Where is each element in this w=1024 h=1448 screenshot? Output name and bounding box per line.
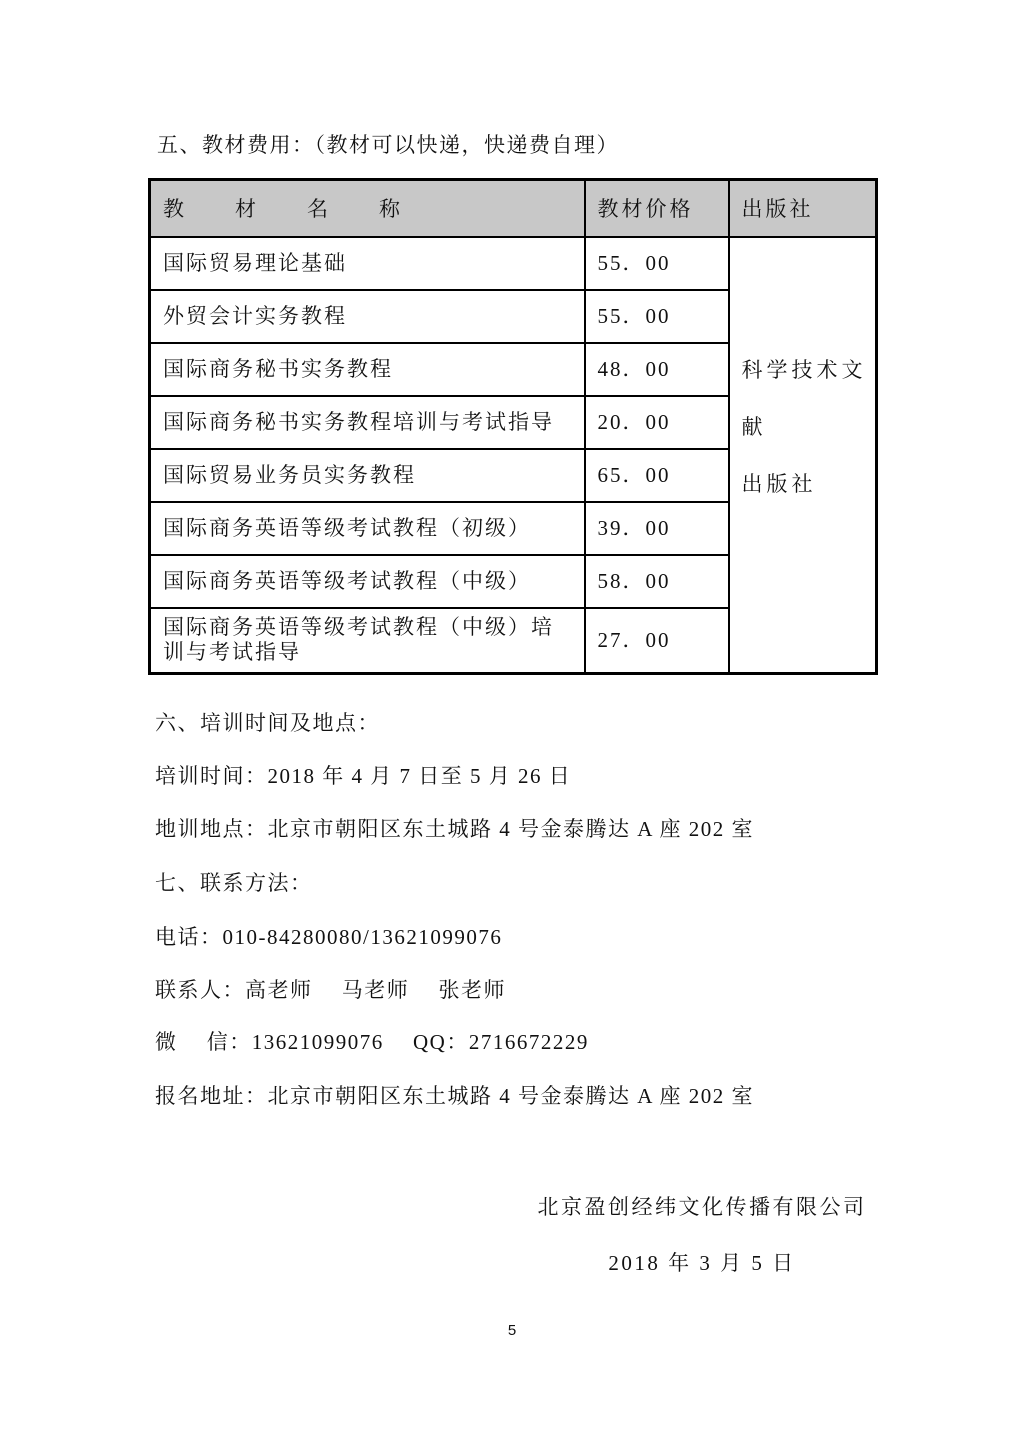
price-cell: 65．00 bbox=[585, 449, 729, 502]
textbook-name-cell: 国际商务英语等级考试教程（中级）培训与考试指导 bbox=[150, 608, 585, 674]
signature-company: 北京盈创经纬文化传播有限公司 bbox=[380, 1191, 1024, 1221]
textbook-name-cell: 国际商务英语等级考试教程（中级） bbox=[150, 555, 585, 608]
publisher-line: 献 bbox=[742, 399, 868, 456]
table-row: 国际贸易理论基础 55．00 科学技术文 献 出版社 bbox=[150, 237, 877, 290]
header-cell-price: 教材价格 bbox=[585, 180, 729, 237]
textbook-name-cell: 国际贸易业务员实务教程 bbox=[150, 449, 585, 502]
section5-heading: 五、教材费用：（教材可以快递，快递费自理） bbox=[157, 132, 619, 158]
header-cell-name: 教 材 名 称 bbox=[150, 180, 585, 237]
registration-address-line: 报名地址：北京市朝阳区东土城路 4 号金泰腾达 A 座 202 室 bbox=[155, 1083, 754, 1109]
price-cell: 27．00 bbox=[585, 608, 729, 674]
textbook-name-cell: 国际贸易理论基础 bbox=[150, 237, 585, 290]
document-page: 五、教材费用：（教材可以快递，快递费自理） 教 材 名 称 教材价格 出版社 国… bbox=[0, 0, 1024, 1448]
textbook-price-table: 教 材 名 称 教材价格 出版社 国际贸易理论基础 55．00 科学技术文 献 … bbox=[148, 178, 878, 675]
section6-heading: 六、培训时间及地点： bbox=[155, 710, 380, 736]
header-cell-publisher: 出版社 bbox=[729, 180, 877, 237]
price-cell: 55．00 bbox=[585, 290, 729, 343]
publisher-line: 科学技术文 bbox=[742, 342, 868, 399]
publisher-line: 出版社 bbox=[742, 456, 868, 513]
contact-persons-line: 联系人：高老师 马老师 张老师 bbox=[155, 977, 506, 1003]
price-cell: 48．00 bbox=[585, 343, 729, 396]
publisher-cell: 科学技术文 献 出版社 bbox=[729, 237, 877, 674]
price-cell: 55．00 bbox=[585, 237, 729, 290]
wechat-qq-line: 微 信：13621099076 QQ：2716672229 bbox=[155, 1029, 589, 1055]
phone-line: 电话：010-84280080/13621099076 bbox=[155, 924, 502, 950]
textbook-name-cell: 外贸会计实务教程 bbox=[150, 290, 585, 343]
price-cell: 20．00 bbox=[585, 396, 729, 449]
textbook-name-cell: 国际商务秘书实务教程培训与考试指导 bbox=[150, 396, 585, 449]
section7-heading: 七、联系方法： bbox=[155, 870, 313, 896]
table-header-row: 教 材 名 称 教材价格 出版社 bbox=[150, 180, 877, 237]
training-time-line: 培训时间：2018 年 4 月 7 日至 5 月 26 日 bbox=[155, 763, 571, 789]
page-number: 5 bbox=[0, 1322, 1024, 1339]
signature-date: 2018 年 3 月 5 日 bbox=[380, 1247, 1024, 1277]
training-place-line: 地训地点：北京市朝阳区东土城路 4 号金泰腾达 A 座 202 室 bbox=[155, 816, 754, 842]
textbook-name-cell: 国际商务英语等级考试教程（初级） bbox=[150, 502, 585, 555]
price-cell: 58．00 bbox=[585, 555, 729, 608]
textbook-name-cell: 国际商务秘书实务教程 bbox=[150, 343, 585, 396]
price-cell: 39．00 bbox=[585, 502, 729, 555]
